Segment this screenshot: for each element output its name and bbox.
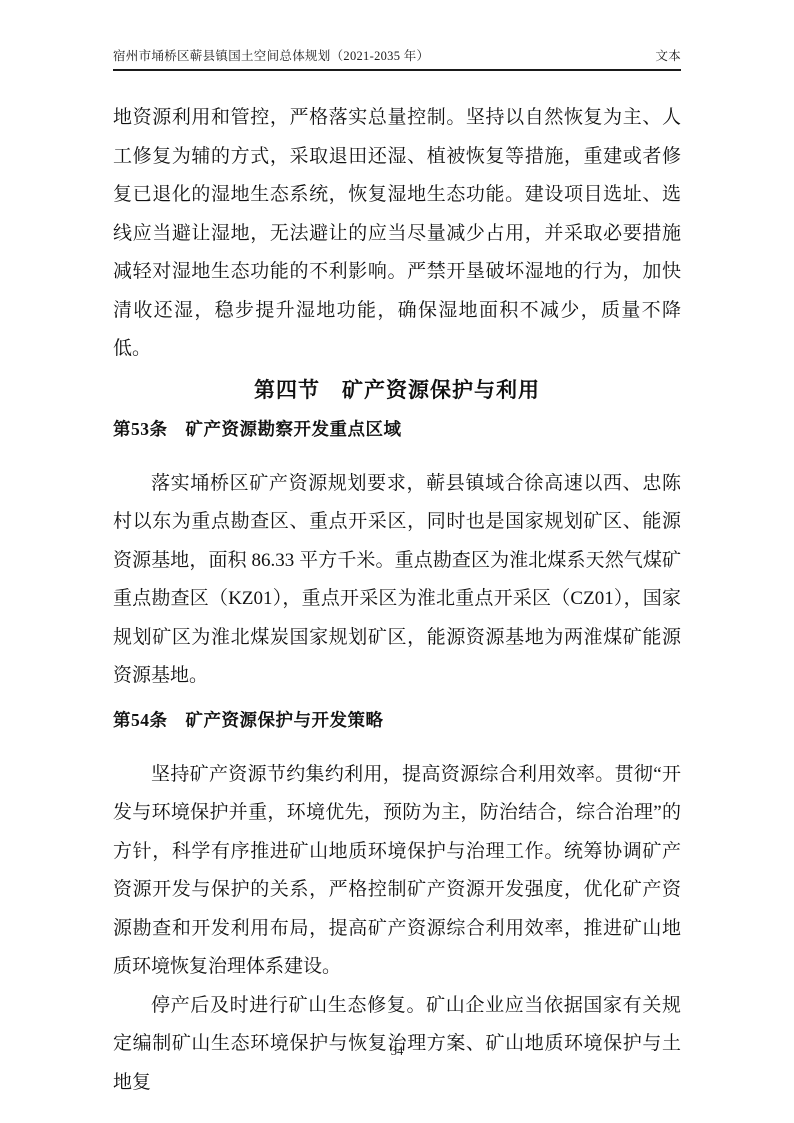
page-footer: 34 [0,1044,794,1059]
page-number: 34 [391,1044,404,1058]
article-54-paragraph-1: 坚持矿产资源节约集约利用，提高资源综合利用效率。贯彻“开发与环境保护并重，环境优… [113,756,681,987]
section-title: 第四节 矿产资源保护与利用 [113,375,681,405]
article-54-heading: 第54条 矿产资源保护与开发策略 [113,708,681,732]
header-doc-type-label: 文本 [655,46,681,64]
article-53-paragraph: 落实埇桥区矿产资源规划要求，蕲县镇域合徐高速以西、忠陈村以东为重点勘查区、重点开… [113,465,681,696]
page-header: 宿州市埇桥区蕲县镇国土空间总体规划（2021-2035 年） 文本 [113,46,681,71]
document-page: 宿州市埇桥区蕲县镇国土空间总体规划（2021-2035 年） 文本 地资源利用和… [0,0,794,1123]
header-document-title: 宿州市埇桥区蕲县镇国土空间总体规划（2021-2035 年） [113,46,429,64]
paragraph-wetland-continuation: 地资源利用和管控，严格落实总量控制。坚持以自然恢复为主、人工修复为辅的方式，采取… [113,99,681,369]
page-body: 地资源利用和管控，严格落实总量控制。坚持以自然恢复为主、人工修复为辅的方式，采取… [113,99,681,1102]
article-53-heading: 第53条 矿产资源勘察开发重点区域 [113,417,681,441]
